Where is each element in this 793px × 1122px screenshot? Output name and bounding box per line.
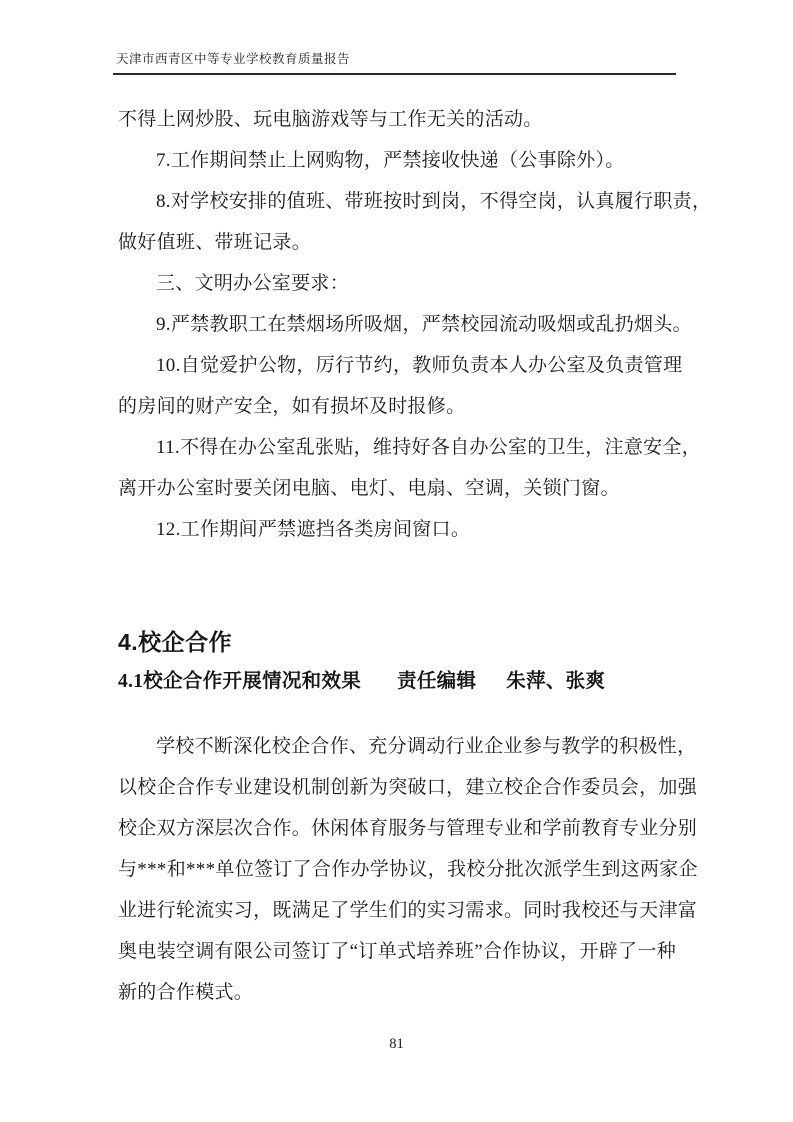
editor-names: 朱萍、张爽 bbox=[506, 671, 605, 692]
text-line: 离开办公室时要关闭电脑、电灯、电扇、空调，关锁门窗。 bbox=[118, 468, 676, 509]
subsection-title: 4.1校企合作开展情况和效果 bbox=[118, 671, 361, 692]
text-line: 的房间的财产安全，如有损坏及时报修。 bbox=[118, 386, 676, 427]
text-line: 11.不得在办公室乱张贴，维持好各自办公室的卫生，注意安全， bbox=[118, 427, 676, 468]
text-line: 9.严禁教职工在禁烟场所吸烟，严禁校园流动吸烟或乱扔烟头。 bbox=[118, 304, 676, 345]
cooperation-paragraph-block: 学校不断深化校企合作、充分调动行业企业参与教学的积极性，以校企合作专业建设机制创… bbox=[118, 726, 676, 1013]
text-line: 奥电装空调有限公司签订了“订单式培养班”合作协议，开辟了一种 bbox=[118, 931, 676, 972]
text-line: 8.对学校安排的值班、带班按时到岗，不得空岗，认真履行职责， bbox=[118, 181, 676, 222]
subsection-heading: 4.1校企合作开展情况和效果责任编辑朱萍、张爽 bbox=[118, 670, 605, 694]
page-header: 天津市西青区中等专业学校教育质量报告 bbox=[113, 52, 676, 75]
text-line: 7.工作期间禁止上网购物，严禁接收快递（公事除外）。 bbox=[118, 140, 676, 181]
text-line: 做好值班、带班记录。 bbox=[118, 222, 676, 263]
text-line: 以校企合作专业建设机制创新为突破口，建立校企合作委员会，加强 bbox=[118, 767, 676, 808]
text-line: 不得上网炒股、玩电脑游戏等与工作无关的活动。 bbox=[118, 99, 676, 140]
office-rules-text-block: 不得上网炒股、玩电脑游戏等与工作无关的活动。7.工作期间禁止上网购物，严禁接收快… bbox=[118, 99, 676, 550]
document-page: 天津市西青区中等专业学校教育质量报告 不得上网炒股、玩电脑游戏等与工作无关的活动… bbox=[0, 0, 793, 1122]
page-number: 81 bbox=[389, 1036, 404, 1052]
text-line: 新的合作模式。 bbox=[118, 972, 676, 1013]
text-line: 12.工作期间严禁遮挡各类房间窗口。 bbox=[118, 509, 676, 550]
text-line: 与***和***单位签订了合作办学协议，我校分批次派学生到这两家企 bbox=[118, 849, 676, 890]
text-line: 三、文明办公室要求： bbox=[118, 263, 676, 304]
section-heading: 4.校企合作 bbox=[118, 629, 232, 656]
text-line: 学校不断深化校企合作、充分调动行业企业参与教学的积极性， bbox=[118, 726, 676, 767]
text-line: 业进行轮流实习，既满足了学生们的实习需求。同时我校还与天津富 bbox=[118, 890, 676, 931]
text-line: 10.自觉爱护公物，厉行节约，教师负责本人办公室及负责管理 bbox=[118, 345, 676, 386]
text-line: 校企双方深层次合作。休闲体育服务与管理专业和学前教育专业分别 bbox=[118, 808, 676, 849]
header-title: 天津市西青区中等专业学校教育质量报告 bbox=[113, 52, 350, 66]
page-footer: 81 bbox=[0, 1036, 793, 1052]
editor-label: 责任编辑 bbox=[397, 671, 476, 692]
